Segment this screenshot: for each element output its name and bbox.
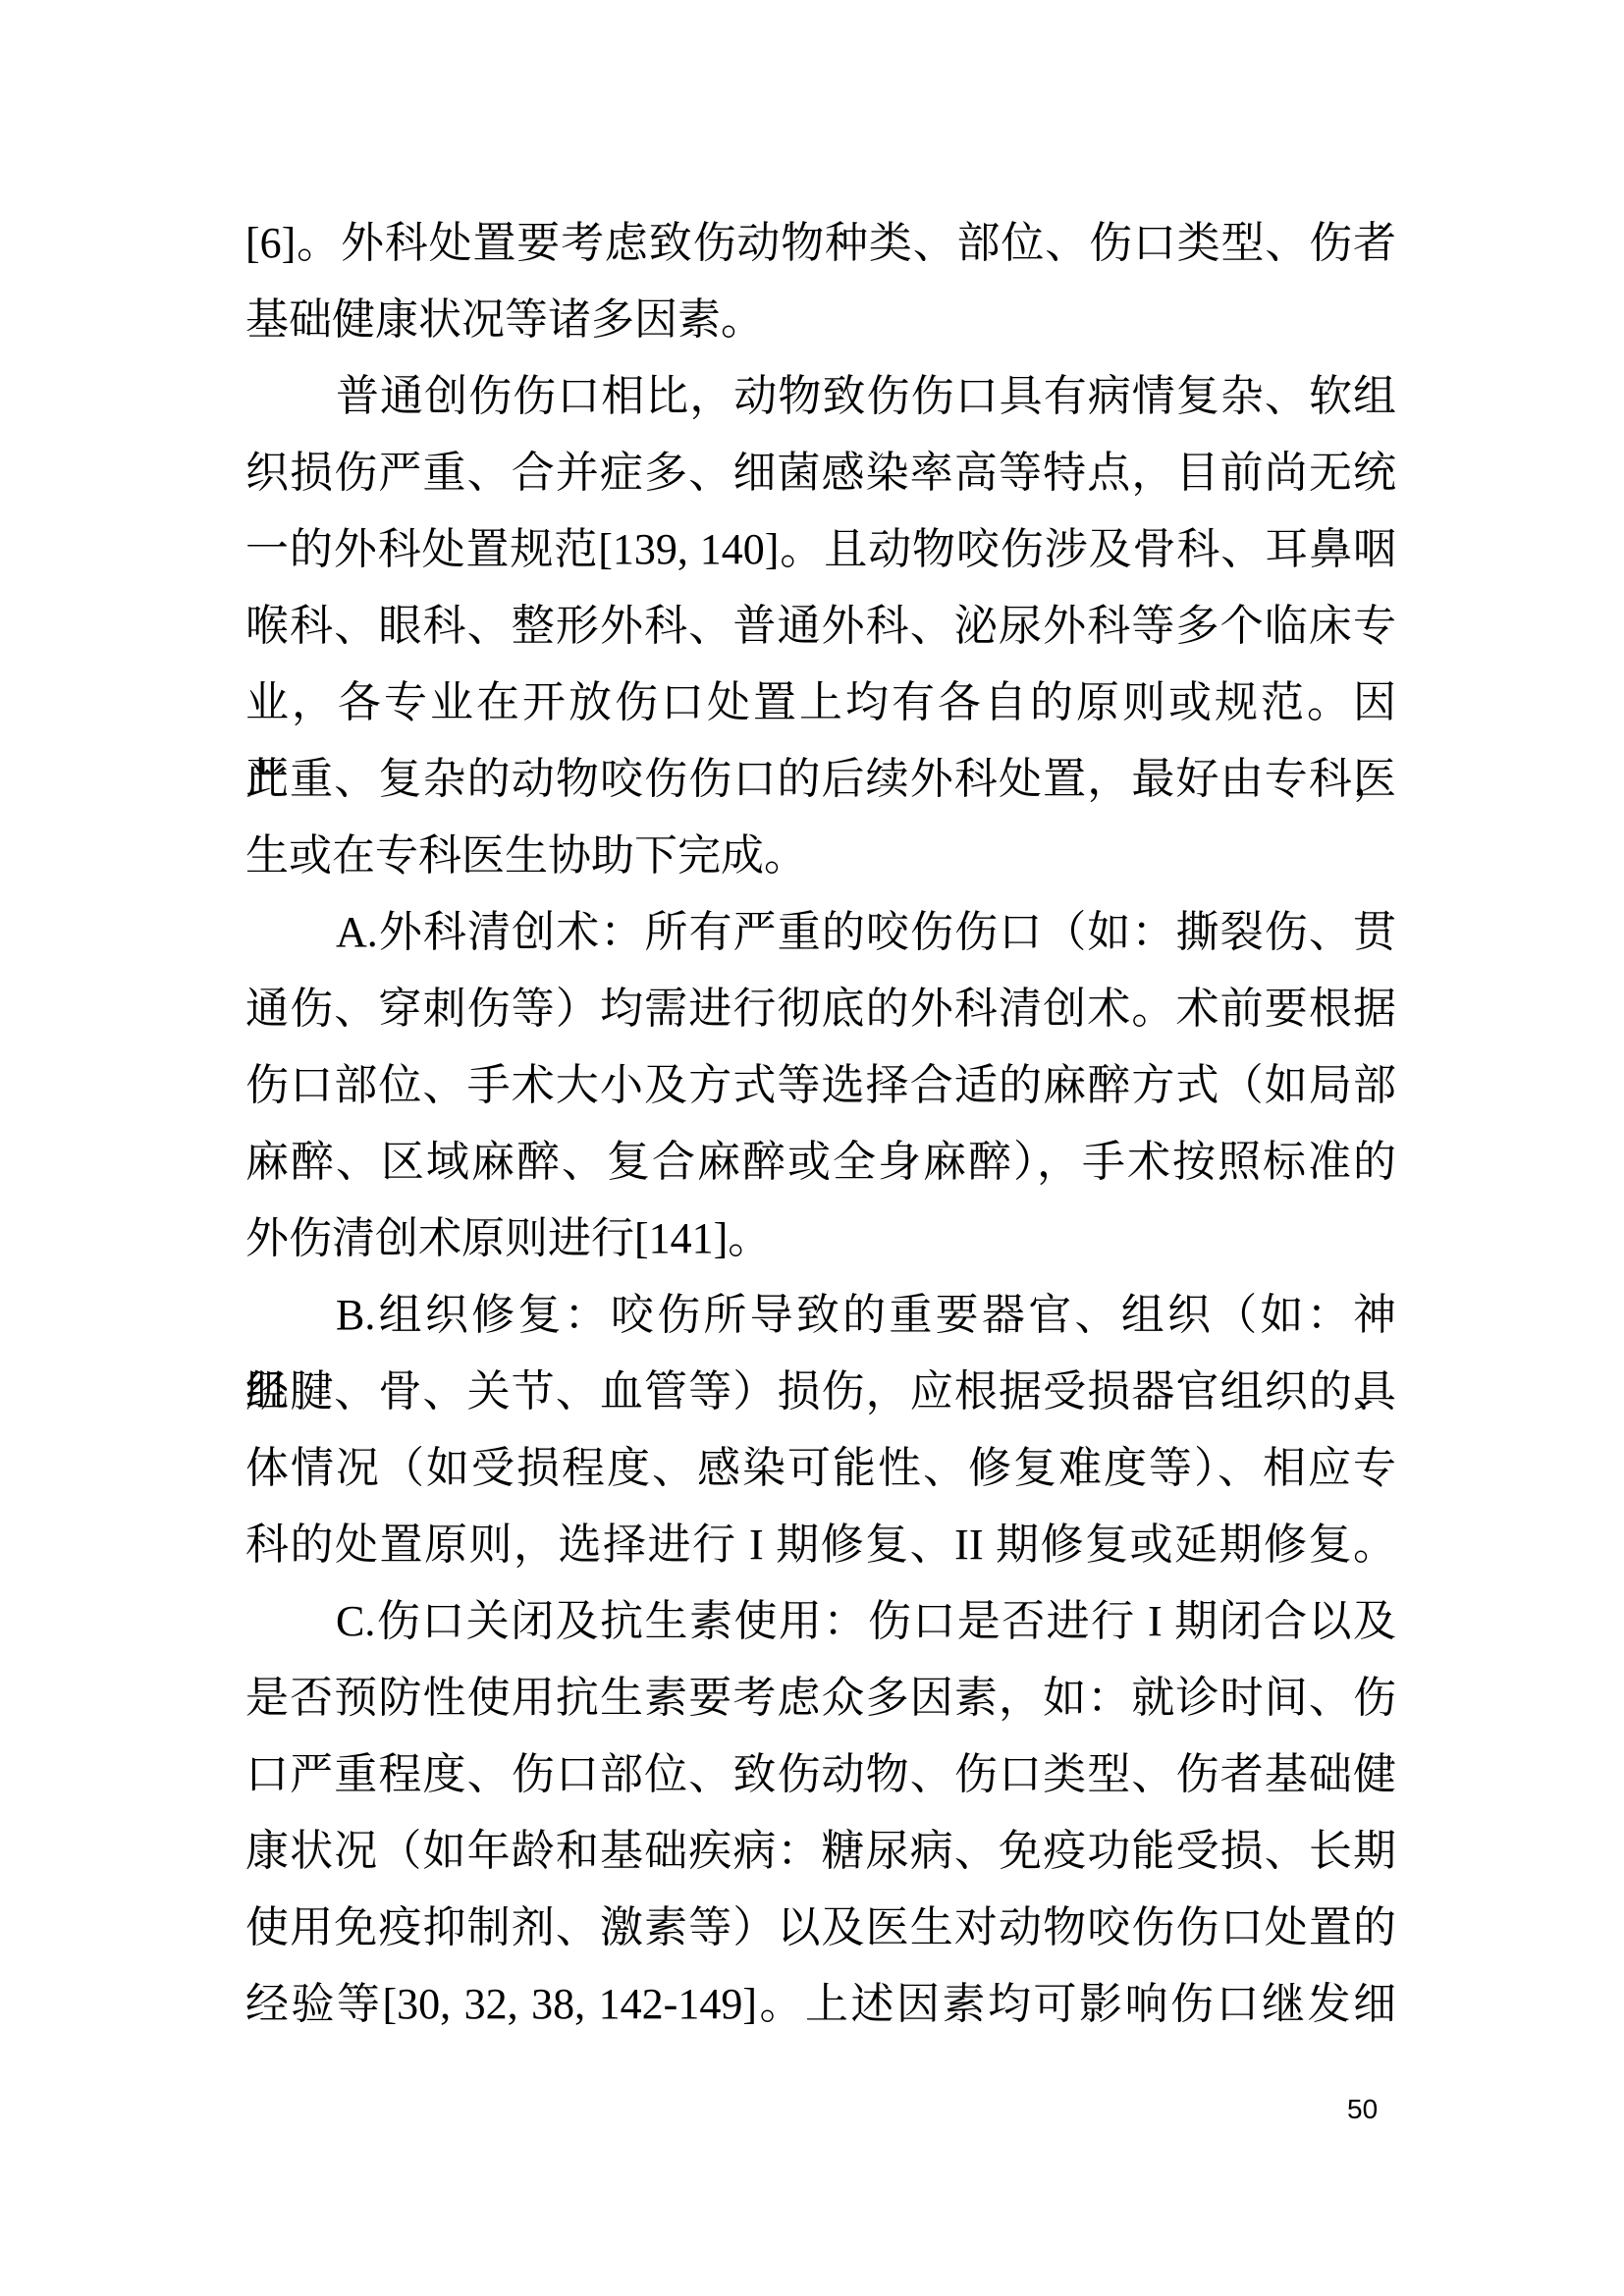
text-line: B.组织修复：咬伤所导致的重要器官、组织（如：神经、 xyxy=(245,1277,1396,1354)
text-line: A.外科清创术：所有严重的咬伤伤口（如：撕裂伤、贯 xyxy=(245,894,1396,971)
text-line: 外伤清创术原则进行[141]。 xyxy=(245,1201,1396,1277)
text-line: 经验等[30, 32, 38, 142-149]。上述因素均可影响伤口继发细 xyxy=(245,1966,1396,2043)
text-line: 织损伤严重、合并症多、细菌感染率高等特点，目前尚无统 xyxy=(245,435,1396,511)
document-page: [6]。外科处置要考虑致伤动物种类、部位、伤口类型、伤者基础健康状况等诸多因素。… xyxy=(0,0,1624,2296)
text-line: C.伤口关闭及抗生素使用：伤口是否进行 I 期闭合以及 xyxy=(245,1583,1396,1660)
text-line: 基础健康状况等诸多因素。 xyxy=(245,282,1396,358)
page-number: 50 xyxy=(1347,2093,1378,2126)
text-line: 科的处置原则，选择进行 I 期修复、II 期修复或延期修复。 xyxy=(245,1507,1396,1583)
text-line: 喉科、眼科、整形外科、普通外科、泌尿外科等多个临床专 xyxy=(245,588,1396,665)
text-line: 生或在专科医生协助下完成。 xyxy=(245,818,1396,894)
text-line: 一的外科处置规范[139, 140]。且动物咬伤涉及骨科、耳鼻咽 xyxy=(245,511,1396,588)
text-line: [6]。外科处置要考虑致伤动物种类、部位、伤口类型、伤者 xyxy=(245,205,1396,282)
text-line: 是否预防性使用抗生素要考虑众多因素，如：就诊时间、伤 xyxy=(245,1660,1396,1736)
text-line: 康状况（如年龄和基础疾病：糖尿病、免疫功能受损、长期 xyxy=(245,1813,1396,1890)
text-line: 通伤、穿刺伤等）均需进行彻底的外科清创术。术前要根据 xyxy=(245,971,1396,1047)
text-line: 普通创伤伤口相比，动物致伤伤口具有病情复杂、软组 xyxy=(245,358,1396,435)
text-line: 体情况（如受损程度、感染可能性、修复难度等）、相应专 xyxy=(245,1430,1396,1507)
text-line: 麻醉、区域麻醉、复合麻醉或全身麻醉），手术按照标准的 xyxy=(245,1124,1396,1201)
text-line: 肌腱、骨、关节、血管等）损伤，应根据受损器官组织的具 xyxy=(245,1354,1396,1430)
text-line: 业，各专业在开放伤口处置上均有各自的原则或规范。因此， xyxy=(245,665,1396,741)
text-content: [6]。外科处置要考虑致伤动物种类、部位、伤口类型、伤者基础健康状况等诸多因素。… xyxy=(245,205,1396,2043)
text-line: 使用免疫抑制剂、激素等）以及医生对动物咬伤伤口处置的 xyxy=(245,1890,1396,1966)
text-line: 口严重程度、伤口部位、致伤动物、伤口类型、伤者基础健 xyxy=(245,1736,1396,1813)
text-line: 伤口部位、手术大小及方式等选择合适的麻醉方式（如局部 xyxy=(245,1047,1396,1124)
text-line: 严重、复杂的动物咬伤伤口的后续外科处置，最好由专科医 xyxy=(245,741,1396,818)
